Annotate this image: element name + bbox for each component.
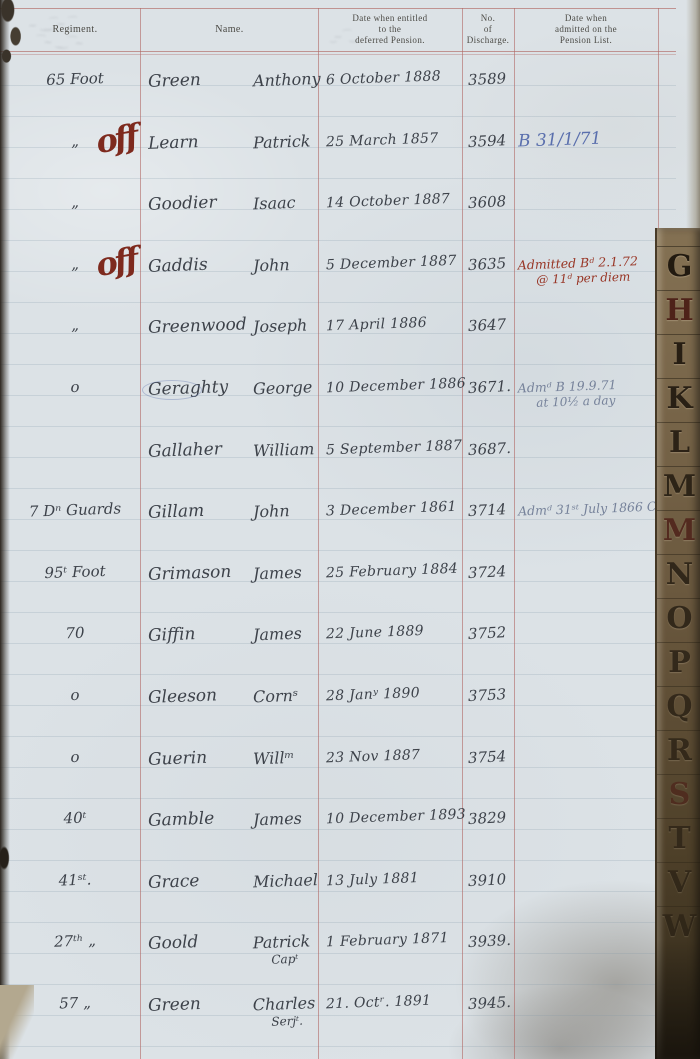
- date-entitled-cell: 1 February 1871: [326, 930, 460, 951]
- ledger-row: „GoodierIsaac14 October 18873608: [0, 193, 700, 241]
- forename-cell: PatrickCapᵗ: [252, 931, 331, 968]
- surname-cell: Green: [148, 68, 254, 92]
- ledger-row: 65 FootGreenAnthony6 October 18883589: [0, 70, 700, 118]
- discharge-no-cell: 3647: [468, 315, 513, 335]
- surname-cell: Guerin: [148, 746, 254, 770]
- thumb-index-tab-o-8: O: [657, 598, 700, 639]
- surname-cell: Gillam: [148, 499, 254, 523]
- date-entitled-cell: 5 September 1887: [326, 438, 460, 459]
- header-date-admitted: Date when admitted on the Pension List.: [514, 13, 658, 46]
- thumb-index-tab-v-14: V: [657, 862, 700, 903]
- surname-cell: Green: [148, 992, 254, 1016]
- thumb-index-tab-m-6: M: [657, 510, 700, 551]
- surname-cell: Gaddis: [148, 253, 254, 277]
- admitted-note-cell: B 31/1/71: [518, 130, 660, 150]
- ledger-row: oGeraghtyGeorge10 December 18863671.Admᵈ…: [0, 378, 700, 426]
- ledger-row: 40ᵗGambleJames10 December 18933829: [0, 809, 700, 857]
- header-admitted-l2: admitted on the: [514, 24, 658, 35]
- date-entitled-cell: 28 Janʸ 1890: [326, 684, 460, 705]
- struck-off-red-annotation: off: [93, 117, 139, 161]
- regiment-cell: 7 Dⁿ Guards: [12, 499, 139, 521]
- thumb-index-tab-g-0: G: [657, 246, 700, 287]
- book-binding-edge: [0, 0, 10, 1059]
- ledger-row: „LearnPatrick25 March 18573594B 31/1/71o…: [0, 132, 700, 180]
- forename-rank-suffix: Capᵗ: [271, 951, 331, 967]
- pencil-circle-mark: [142, 380, 202, 400]
- forename-cell: Patrick: [253, 131, 332, 153]
- regiment-cell: o: [12, 684, 139, 706]
- admitted-note-cell: Admᵈ 31ˢᵗ July 1866 Cal:: [518, 499, 660, 519]
- forename-cell: Michael: [253, 870, 332, 892]
- regiment-cell: 27ᵗʰ „: [12, 930, 139, 952]
- forename-cell: Joseph: [253, 315, 332, 337]
- discharge-no-cell: 3608: [468, 192, 513, 212]
- ledger-row: GallaherWilliam5 September 18873687.: [0, 440, 700, 488]
- discharge-no-cell: 3714: [468, 500, 513, 520]
- ledger-row: 70GiffinJames22 June 18893752: [0, 624, 700, 672]
- header-bottom-rule: [0, 51, 676, 52]
- regiment-cell: „: [12, 314, 139, 336]
- surname-cell: Gleeson: [148, 684, 254, 708]
- ledger-row: 95ᵗ FootGrimasonJames25 February 1884372…: [0, 563, 700, 611]
- ledger-row: oGuerinWillᵐ23 Nov 18873754: [0, 748, 700, 796]
- header-date-entitled-l2: to the: [318, 24, 462, 35]
- regiment-cell: 40ᵗ: [12, 807, 139, 829]
- date-entitled-cell: 25 February 1884: [326, 561, 460, 582]
- struck-off-red-annotation: off: [93, 240, 139, 284]
- regiment-cell: 95ᵗ Foot: [12, 561, 139, 583]
- discharge-no-cell: 3671.: [468, 377, 513, 397]
- table-top-rule: [0, 8, 676, 9]
- forename-cell: CharlesSerjᵗ.: [252, 993, 331, 1030]
- forename-cell: James: [253, 562, 332, 584]
- date-entitled-cell: 10 December 1886: [326, 376, 460, 397]
- thumb-index-shadow: [655, 940, 700, 1059]
- alphabet-thumb-index: GHIKLMMNOPQRSTVW: [655, 228, 700, 1059]
- date-entitled-cell: 21. Octʳ. 1891: [326, 992, 460, 1013]
- binding-damage-mark: [0, 838, 14, 878]
- header-date-entitled-l1: Date when entitled: [318, 13, 462, 24]
- forename-cell: William: [253, 439, 332, 461]
- admitted-note-cell: Admitted Bᵈ 2.1.72@ 11ᵈ per diem: [518, 253, 661, 289]
- ledger-row: 7 Dⁿ GuardsGillamJohn3 December 18613714…: [0, 501, 700, 549]
- date-entitled-cell: 14 October 1887: [326, 191, 460, 212]
- discharge-no-cell: 3724: [468, 562, 513, 582]
- discharge-no-cell: 3594: [468, 131, 513, 151]
- thumb-index-tab-q-10: Q: [657, 686, 700, 727]
- forename-cell: John: [253, 254, 332, 276]
- header-discharge-l1: No.: [462, 13, 514, 24]
- regiment-cell: „: [12, 191, 139, 213]
- header-name: Name.: [141, 24, 318, 36]
- thumb-index-tab-i-2: I: [657, 334, 700, 375]
- forename-rank-suffix: Serjᵗ.: [271, 1013, 331, 1029]
- forename-cell: George: [253, 377, 332, 399]
- admitted-note-cell: Admᵈ B 19.9.71at 10½ a day: [518, 376, 661, 412]
- surname-cell: Gamble: [148, 807, 254, 831]
- discharge-no-cell: 3939.: [468, 931, 513, 951]
- thumb-index-tab-p-9: P: [657, 642, 700, 683]
- thumb-index-tab-r-11: R: [657, 730, 700, 771]
- header-date-entitled-l3: deferred Pension.: [318, 35, 462, 46]
- thumb-index-tab-t-13: T: [657, 818, 700, 859]
- bleed-through-mark: ͡ ~ ͜ ‿ ͡ ~: [40, 35, 84, 50]
- surname-cell: Goold: [148, 930, 254, 954]
- discharge-no-cell: 3752: [468, 623, 513, 643]
- date-entitled-cell: 23 Nov 1887: [326, 746, 460, 767]
- date-entitled-cell: 10 December 1893: [326, 807, 460, 828]
- date-entitled-cell: 25 March 1857: [326, 130, 460, 151]
- regiment-cell: o: [12, 746, 139, 768]
- regiment-cell: o: [12, 376, 139, 398]
- surname-cell: Grimason: [148, 561, 254, 585]
- discharge-no-cell: 3687.: [468, 439, 513, 459]
- header-discharge-no: No. of Discharge.: [462, 13, 514, 46]
- surname-cell: Greenwood: [148, 314, 254, 338]
- discharge-no-cell: 3589: [468, 69, 513, 89]
- forename-cell: Anthony: [253, 69, 332, 91]
- forename-cell: Willᵐ: [253, 747, 332, 769]
- discharge-no-cell: 3829: [468, 808, 513, 828]
- thumb-index-tab-l-4: L: [657, 422, 700, 463]
- page-right-edge: [686, 0, 700, 232]
- thumb-index-tab-h-1: H: [657, 290, 700, 331]
- header-admitted-l3: Pension List.: [514, 35, 658, 46]
- thumb-index-tab-m-5: M: [657, 466, 700, 507]
- surname-cell: Giffin: [148, 622, 254, 646]
- discharge-no-cell: 3910: [468, 870, 513, 890]
- discharge-no-cell: 3945.: [468, 993, 513, 1013]
- header-discharge-l3: Discharge.: [462, 35, 514, 46]
- forename-cell: James: [253, 808, 332, 830]
- date-entitled-cell: 5 December 1887: [326, 253, 460, 274]
- admitted-note-line2: at 10½ a day: [536, 392, 660, 411]
- admitted-note-line2: @ 11ᵈ per diem: [536, 269, 660, 288]
- surname-cell: Goodier: [148, 191, 254, 215]
- surname-cell: Grace: [148, 869, 254, 893]
- thumb-index-tab-k-3: K: [657, 378, 700, 419]
- ledger-row: „GreenwoodJoseph17 April 18863647: [0, 316, 700, 364]
- date-entitled-cell: 17 April 1886: [326, 314, 460, 335]
- date-entitled-cell: 13 July 1881: [326, 869, 460, 890]
- forename-cell: Cornˢ: [253, 685, 332, 707]
- page-corner-curl: [0, 985, 34, 1059]
- header-admitted-l1: Date when: [514, 13, 658, 24]
- header-bottom-rule-2: [0, 54, 676, 55]
- header-regiment: Regiment.: [12, 24, 138, 36]
- date-entitled-cell: 6 October 1888: [326, 68, 460, 89]
- header-regiment-label: Regiment.: [12, 24, 138, 36]
- forename-cell: John: [253, 500, 332, 522]
- surname-cell: Gallaher: [148, 438, 254, 462]
- forename-cell: Isaac: [253, 192, 332, 214]
- date-entitled-cell: 22 June 1889: [326, 622, 460, 643]
- ledger-row: 41ˢᵗ.GraceMichael13 July 18813910: [0, 871, 700, 919]
- discharge-no-cell: 3753: [468, 685, 513, 705]
- discharge-no-cell: 3635: [468, 254, 513, 274]
- ledger-row: 57 „GreenCharlesSerjᵗ.21. Octʳ. 18913945…: [0, 994, 700, 1042]
- header-discharge-l2: of: [462, 24, 514, 35]
- ledger-row: 27ᵗʰ „GooldPatrickCapᵗ1 February 1871393…: [0, 932, 700, 980]
- thumb-index-tab-s-12: S: [657, 774, 700, 815]
- thumb-index-tab-n-7: N: [657, 554, 700, 595]
- discharge-no-cell: 3754: [468, 747, 513, 767]
- regiment-cell: 70: [12, 622, 139, 644]
- regiment-cell: 65 Foot: [12, 68, 139, 90]
- header-date-entitled: Date when entitled to the deferred Pensi…: [318, 13, 462, 46]
- regiment-cell: 41ˢᵗ.: [12, 869, 139, 891]
- surname-cell: Learn: [148, 130, 254, 154]
- ledger-row: „GaddisJohn5 December 18873635Admitted B…: [0, 255, 700, 303]
- forename-cell: James: [253, 623, 332, 645]
- date-entitled-cell: 3 December 1861: [326, 499, 460, 520]
- ledger-row: oGleesonCornˢ28 Janʸ 18903753: [0, 686, 700, 734]
- header-name-label: Name.: [141, 24, 318, 36]
- binding-damage-mark: [0, 0, 26, 66]
